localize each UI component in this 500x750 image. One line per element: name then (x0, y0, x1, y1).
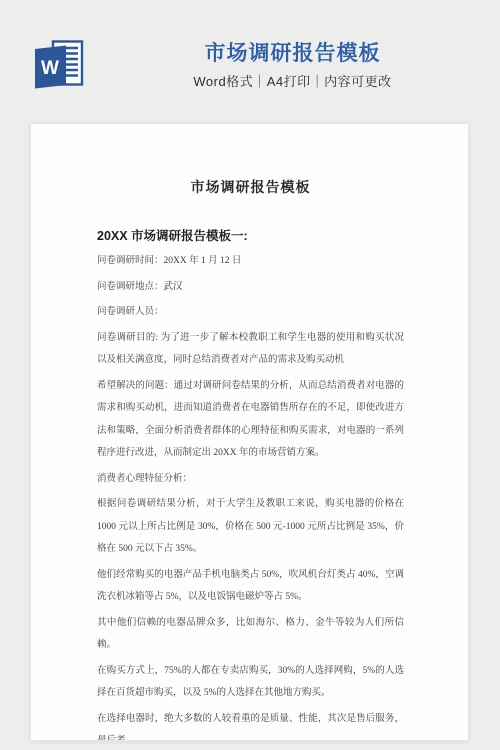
document-heading: 20XX 市场调研报告模板一: (97, 227, 404, 245)
svg-text:W: W (41, 58, 59, 79)
header-text: 市场调研报告模板 Word格式｜A4打印｜内容可更改 (85, 0, 500, 91)
document-paragraph: 问卷调研时间：20XX 年 1 月 12 日 (97, 250, 404, 273)
document-paragraph: 希望解决的问题：通过对调研问卷结果的分析，从而总结消费者对电器的需求和购买动机，… (97, 375, 404, 465)
document-body: 问卷调研时间：20XX 年 1 月 12 日 问卷调研地点：武汉 问卷调研人员：… (97, 250, 404, 741)
document-paragraph: 在购买方式上，75%的人都在专卖店购买，30%的人选择网购，5%的人选择在百货超… (97, 660, 404, 705)
document-paragraph: 他们经常购买的电器产品手机电脑类占 50%，吹风机台灯类占 40%，空调洗衣机冰… (97, 564, 404, 609)
header: W 市场调研报告模板 Word格式｜A4打印｜内容可更改 (0, 0, 500, 123)
document-page: 市场调研报告模板 20XX 市场调研报告模板一: 问卷调研时间：20XX 年 1… (30, 123, 469, 741)
document-paragraph: 根据问卷调研结果分析，对于大学生及教职工来说，购买电器的价格在 1000 元以上… (97, 493, 404, 561)
word-icon: W (33, 40, 85, 90)
document-paragraph: 问卷调研地点：武汉 (97, 276, 404, 299)
page-title: 市场调研报告模板 (85, 40, 500, 67)
document-paragraph: 消费者心理特征分析： (97, 468, 404, 491)
document-paragraph: 在选择电器时，绝大多数的人较看重的是质量、性能，其次是售后服务，最后考 (97, 708, 404, 742)
document-paragraph: 问卷调研目的: 为了进一步了解本校教职工和学生电器的使用和购买状况以及相关满意度… (97, 327, 404, 372)
document-paragraph: 其中他们信赖的电器品牌众多，比如海尔、格力、金牛等较为人们所信赖。 (97, 612, 404, 657)
page-subtitle: Word格式｜A4打印｜内容可更改 (85, 73, 500, 91)
document-title: 市场调研报告模板 (97, 179, 404, 199)
document-paragraph: 问卷调研人员： (97, 301, 404, 324)
document-preview-area: 市场调研报告模板 20XX 市场调研报告模板一: 问卷调研时间：20XX 年 1… (0, 123, 500, 741)
template-preview-screen: W 市场调研报告模板 Word格式｜A4打印｜内容可更改 市场调研报告模板 20… (0, 0, 500, 750)
